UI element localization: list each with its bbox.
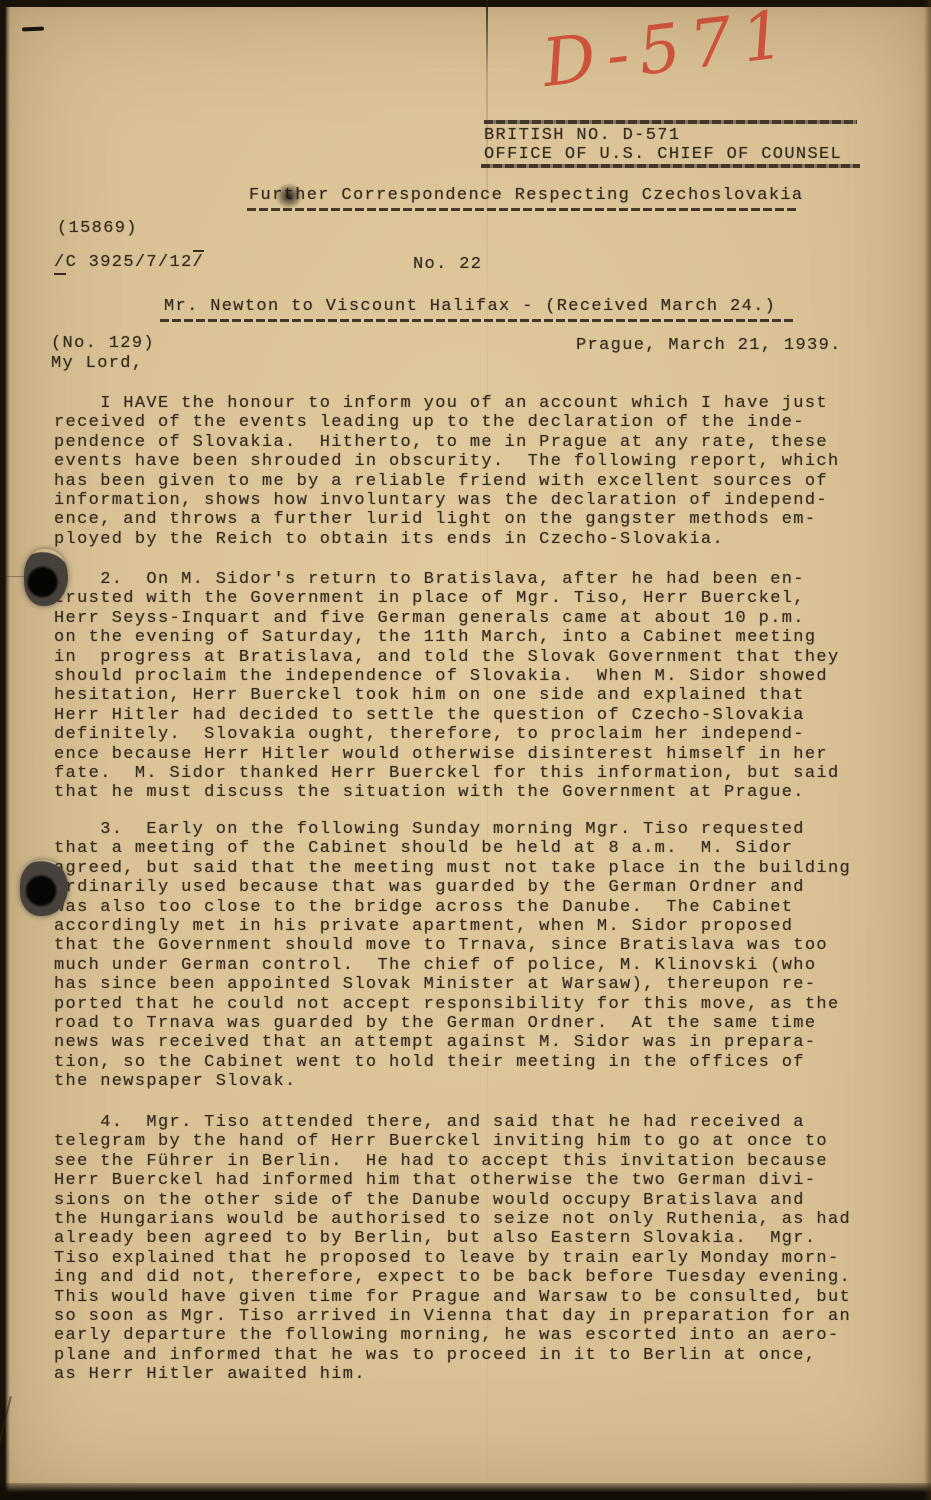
- registry-reference: /C 3925/7/12/: [54, 253, 204, 272]
- despatch-number: No. 22: [413, 255, 482, 274]
- salutation: My Lord,: [51, 354, 143, 373]
- registry-reference-text: C 3925/7/12: [66, 253, 193, 272]
- letter-number: (No. 129): [51, 334, 155, 353]
- header-rule-bottom: [481, 164, 860, 168]
- pen-mark: [22, 27, 44, 32]
- fold-crease-horizontal: [0, 576, 26, 577]
- header-office-line: OFFICE OF U.S. CHIEF OF COUNSEL: [484, 145, 842, 164]
- body-paragraph-4: 4. Mgr. Tiso attended there, and said th…: [54, 1113, 884, 1385]
- scan-edge-bottom: [0, 1483, 931, 1500]
- subject-line: Mr. Newton to Viscount Halifax - (Receiv…: [164, 297, 776, 316]
- document-page: D-571 BRITISH NO. D-571 OFFICE OF U.S. C…: [0, 0, 931, 1500]
- body-paragraph-3: 3. Early on the following Sunday morning…: [54, 820, 884, 1092]
- body-paragraph-2: 2. On M. Sidor's return to Bratislava, a…: [54, 570, 884, 803]
- bracket-left: /: [54, 253, 66, 275]
- scan-edge-right: [924, 0, 931, 1500]
- document-title: Further Correspondence Respecting Czecho…: [249, 186, 803, 205]
- body-paragraph-1: I HAVE the honour to inform you of an ac…: [54, 394, 884, 549]
- header-british-number: BRITISH NO. D-571: [484, 126, 680, 145]
- file-number: (15869): [57, 219, 138, 238]
- bracket-right: /: [193, 250, 205, 272]
- handwritten-exhibit-number: D-571: [538, 0, 798, 102]
- scan-edge-left: [0, 0, 10, 1500]
- dateline: Prague, March 21, 1939.: [576, 336, 842, 355]
- scan-edge-top: [0, 0, 931, 7]
- header-rule-top: [484, 120, 857, 124]
- title-underline: [247, 208, 797, 211]
- subject-underline: [160, 319, 793, 322]
